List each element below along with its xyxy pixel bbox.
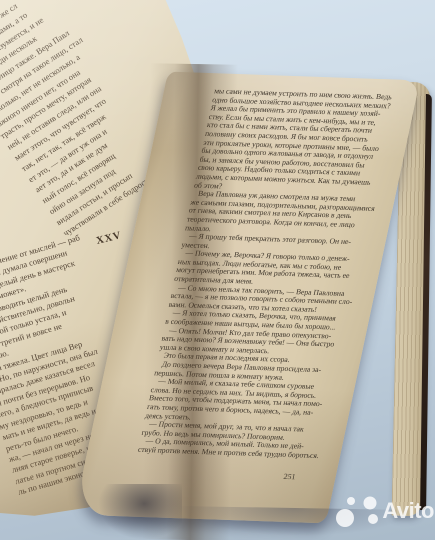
- avito-watermark: Avito: [336, 493, 434, 529]
- bottom-gap-shadow: [98, 484, 182, 540]
- text-line: вался то все теми же сл: [0, 0, 234, 57]
- watermark-label: Avito: [382, 500, 434, 522]
- avito-logo-icon: [336, 493, 380, 529]
- page-gutter-shadow: [142, 63, 238, 540]
- book-photo: вался то все теми же слбольши не словами…: [0, 0, 435, 540]
- text-line: больши не словами, а то: [0, 0, 241, 67]
